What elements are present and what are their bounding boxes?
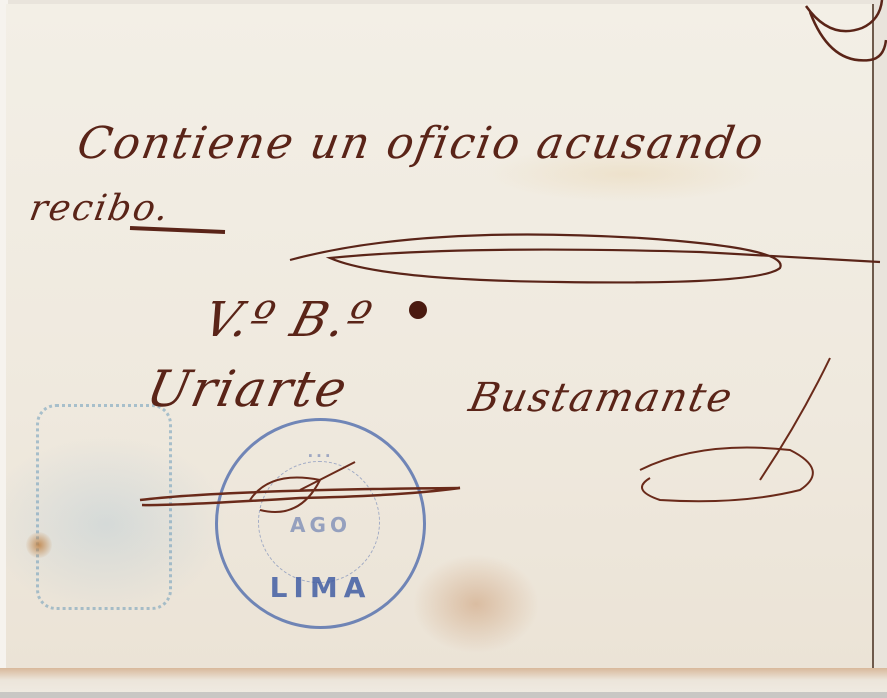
- handwritten-signature-right: Bustamante: [465, 375, 738, 421]
- handwritten-line-contents: Contiene un oficio acusando: [74, 118, 769, 169]
- rubric-flourish: [290, 234, 880, 282]
- handwritten-line-receipt: recibo.: [26, 188, 173, 229]
- rubric-strike: [140, 488, 460, 505]
- handwritten-signature-left: Uriarte: [142, 360, 354, 418]
- ink-blot: [409, 301, 427, 319]
- ink-flourishes: [0, 0, 887, 698]
- handwritten-approval-vb: V.º B.º: [197, 292, 378, 348]
